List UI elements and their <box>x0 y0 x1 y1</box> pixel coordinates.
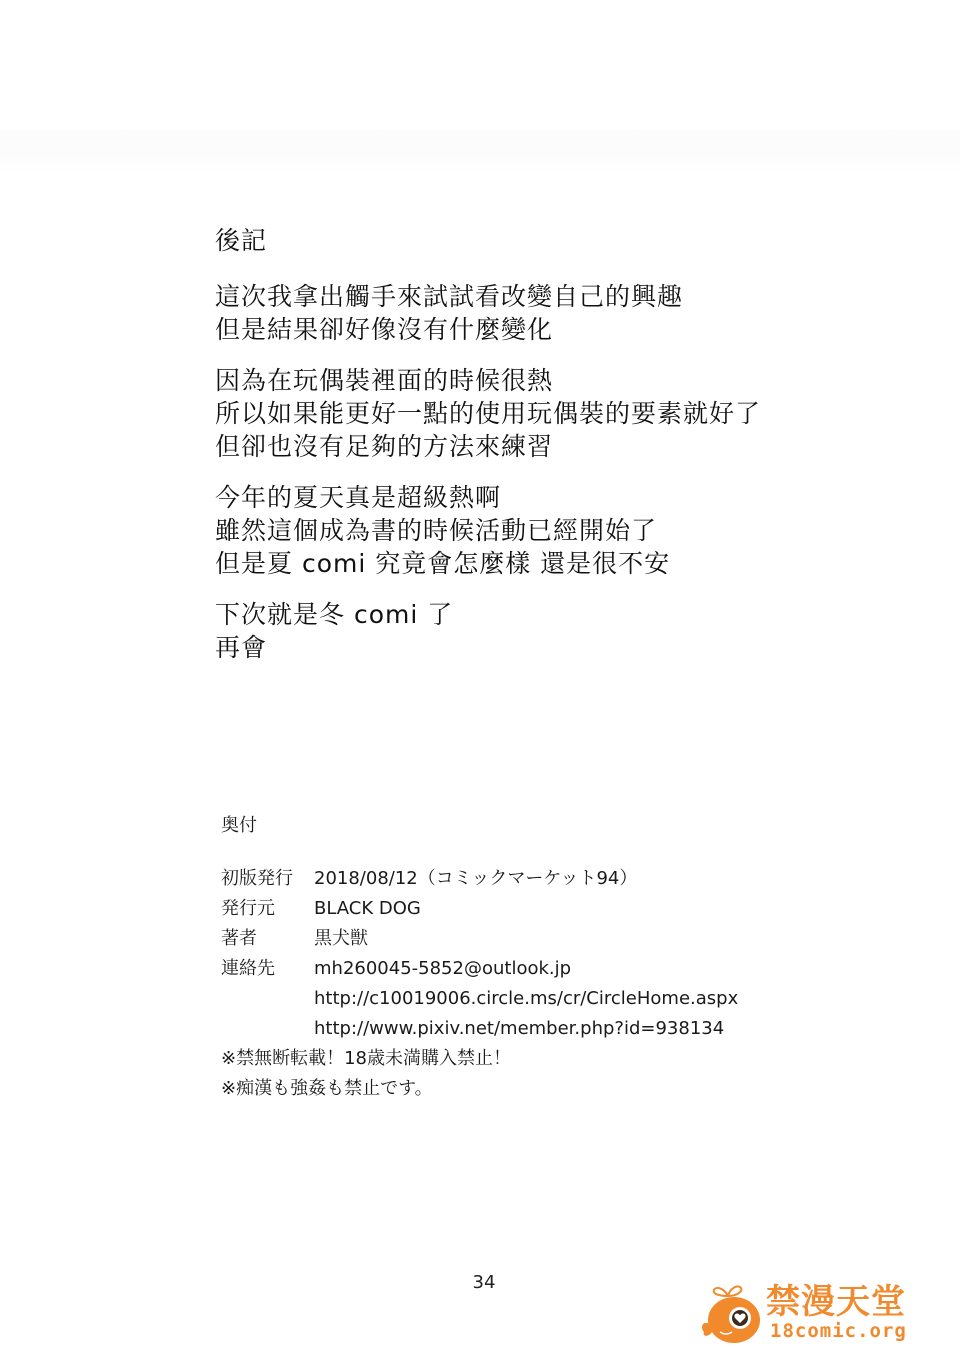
text-line: 下次就是冬 comi 了 <box>215 598 855 631</box>
colophon-label: 初版発行 <box>221 864 314 894</box>
afterword-section: 後記 這次我拿出觸手來試試看改變自己的興趣 但是結果卻好像沒有什麼變化 因為在玩… <box>215 224 855 682</box>
contact-email: mh260045-5852@outlook.jp <box>314 954 841 984</box>
colophon-label: 発行元 <box>221 894 314 924</box>
orange-whale-heart-logo-icon <box>698 1280 768 1350</box>
text-line: 但是結果卻好像沒有什麼變化 <box>215 313 855 346</box>
colophon-label <box>221 1014 314 1044</box>
colophon-value: BLACK DOG <box>314 894 841 924</box>
text-line: 因為在玩偶裝裡面的時候很熱 <box>215 364 855 397</box>
scan-artifact-band <box>0 130 960 170</box>
text-line: 再會 <box>215 631 855 664</box>
watermark-url: 18comic.org <box>770 1320 907 1342</box>
text-line: 今年的夏天真是超級熱啊 <box>215 481 855 514</box>
text-line: 這次我拿出觸手來試試看改變自己的興趣 <box>215 280 855 313</box>
afterword-title: 後記 <box>215 224 855 258</box>
site-watermark: 禁漫天堂 18comic.org <box>698 1280 928 1350</box>
text-line: 但卻也沒有足夠的方法來練習 <box>215 430 855 463</box>
colophon-row-pixiv-url: http://www.pixiv.net/member.php?id=93813… <box>221 1014 841 1044</box>
afterword-paragraph-3: 今年的夏天真是超級熱啊 雖然這個成為書的時候活動已經開始了 但是夏 comi 究… <box>215 481 855 580</box>
circle-url: http://c10019006.circle.ms/cr/CircleHome… <box>314 984 841 1014</box>
colophon-row-circle-url: http://c10019006.circle.ms/cr/CircleHome… <box>221 984 841 1014</box>
colophon-label: 連絡先 <box>221 954 314 984</box>
colophon-row-author: 著者 黒犬獣 <box>221 924 841 954</box>
afterword-paragraph-1: 這次我拿出觸手來試試看改變自己的興趣 但是結果卻好像沒有什麼變化 <box>215 280 855 346</box>
colophon-value: 2018/08/12（コミックマーケット94） <box>314 864 841 894</box>
colophon-row-contact-email: 連絡先 mh260045-5852@outlook.jp <box>221 954 841 984</box>
colophon-label <box>221 984 314 1014</box>
colophon-section: 奥付 初版発行 2018/08/12（コミックマーケット94） 発行元 BLAC… <box>221 812 841 1104</box>
text-line: 所以如果能更好一點的使用玩偶裝的要素就好了 <box>215 397 855 430</box>
colophon-row-first-edition: 初版発行 2018/08/12（コミックマーケット94） <box>221 864 841 894</box>
pixiv-url: http://www.pixiv.net/member.php?id=93813… <box>314 1014 841 1044</box>
afterword-paragraph-2: 因為在玩偶裝裡面的時候很熱 所以如果能更好一點的使用玩偶裝的要素就好了 但卻也沒… <box>215 364 855 463</box>
colophon-title: 奥付 <box>221 812 841 840</box>
text-line: 但是夏 comi 究竟會怎麼樣 還是很不安 <box>215 547 855 580</box>
document-page: 後記 這次我拿出觸手來試試看改變自己的興趣 但是結果卻好像沒有什麼變化 因為在玩… <box>0 0 960 1358</box>
colophon-notes: ※禁無断転載！18歳未満購入禁止！ ※痴漢も強姦も禁止です。 <box>221 1044 841 1104</box>
colophon-label: 著者 <box>221 924 314 954</box>
text-line: 雖然這個成為書的時候活動已經開始了 <box>215 514 855 547</box>
note-prohibition: ※痴漢も強姦も禁止です。 <box>221 1074 841 1104</box>
colophon-value: 黒犬獣 <box>314 924 841 954</box>
note-no-reprint: ※禁無断転載！18歳未満購入禁止！ <box>221 1044 841 1074</box>
afterword-paragraph-4: 下次就是冬 comi 了 再會 <box>215 598 855 664</box>
watermark-title: 禁漫天堂 <box>766 1282 906 1322</box>
colophon-row-publisher: 発行元 BLACK DOG <box>221 894 841 924</box>
